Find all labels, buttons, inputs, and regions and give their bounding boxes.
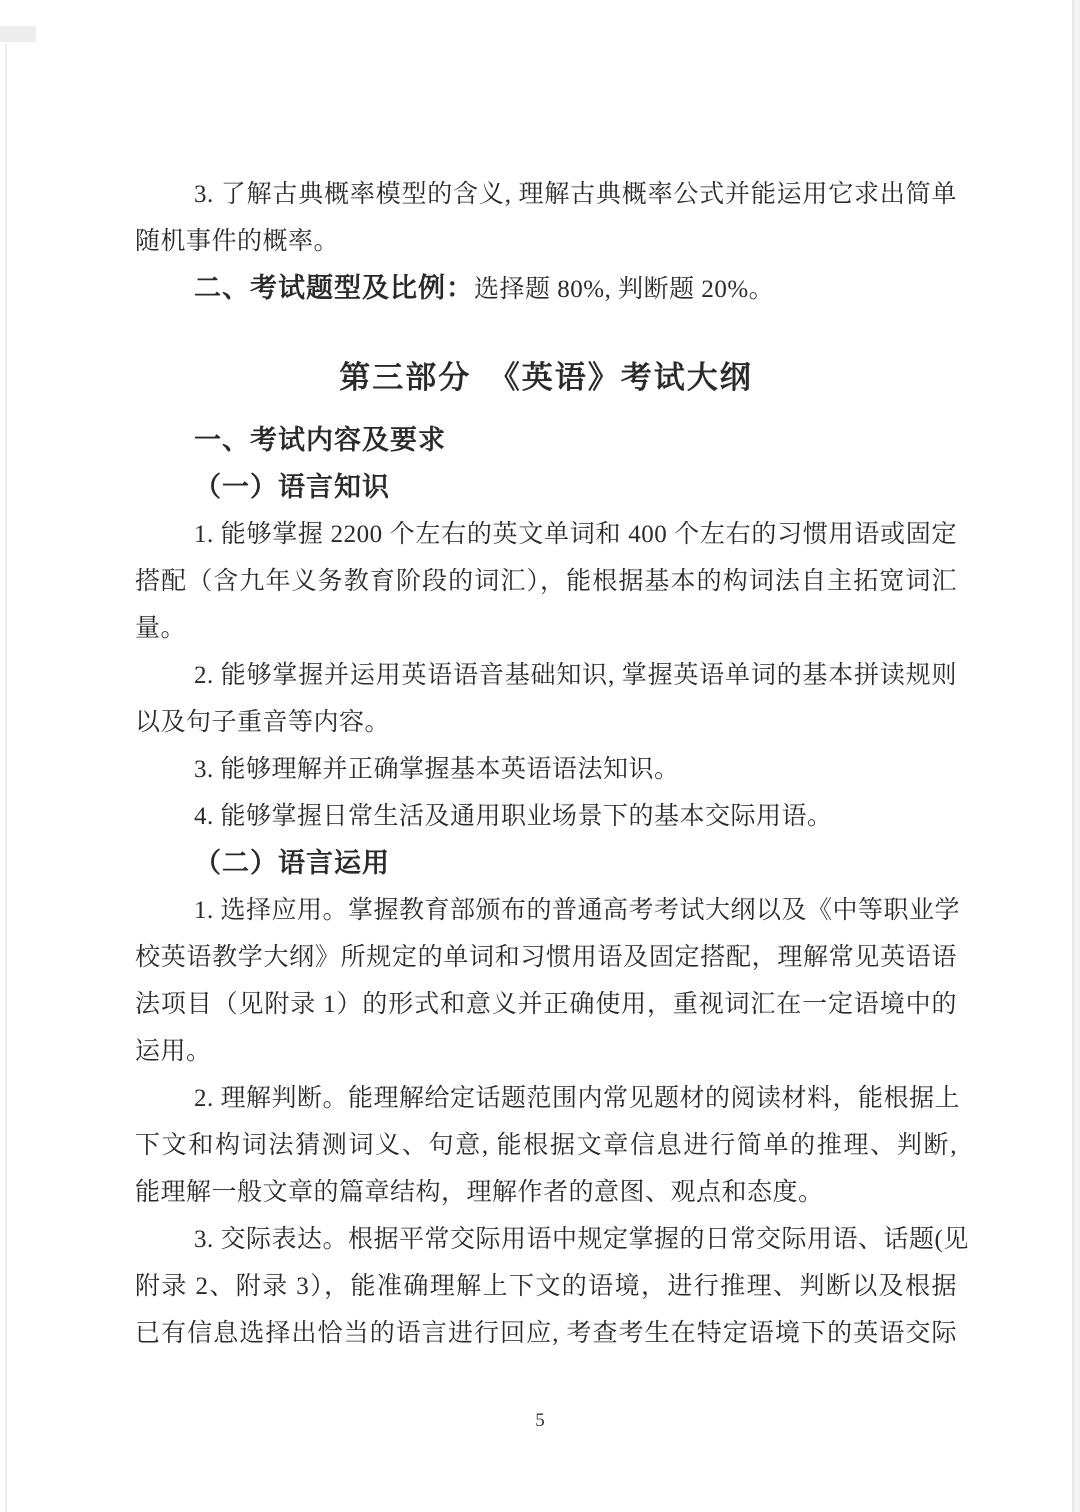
section-heading: （一）语言知识 (135, 464, 957, 511)
text-line: 法项目（见附录 1）的形式和意义并正确使用，重视词汇在一定语境中的 (135, 981, 957, 1028)
text-line: 下文和构词法猜测词义、句意, 能根据文章信息进行简单的推理、判断, (135, 1122, 957, 1169)
text-line: 随机事件的概率。 (135, 218, 957, 265)
document-body: 3. 了解古典概率模型的含义, 理解古典概率公式并能运用它求出简单随机事件的概率… (135, 171, 957, 1357)
text-line: 3. 了解古典概率模型的含义, 理解古典概率公式并能运用它求出简单 (135, 171, 957, 218)
document-page: 3. 了解古典概率模型的含义, 理解古典概率公式并能运用它求出简单随机事件的概率… (0, 0, 1080, 1512)
text-line: 1. 能够掌握 2200 个左右的英文单词和 400 个左右的习惯用语或固定 (135, 511, 957, 558)
paragraph: 1. 能够掌握 2200 个左右的英文单词和 400 个左右的习惯用语或固定搭配… (135, 511, 957, 652)
inline-heading-line: 二、考试题型及比例：选择题 80%, 判断题 20%。 (135, 265, 957, 316)
paragraph: 2. 能够掌握并运用英语语音基础知识, 掌握英语单词的基本拼读规则以及句子重音等… (135, 652, 957, 746)
scan-edge-left (5, 44, 7, 1512)
paragraph: 2. 理解判断。能理解给定话题范围内常见题材的阅读材料，能根据上下文和构词法猜测… (135, 1075, 957, 1216)
paragraph: 3. 交际表达。根据平常交际用语中规定掌握的日常交际用语、话题(见附录 2、附录… (135, 1216, 957, 1357)
paragraph: 4. 能够掌握日常生活及通用职业场景下的基本交际用语。 (135, 793, 957, 840)
section-heading: 一、考试内容及要求 (135, 417, 957, 464)
text-line: 2. 理解判断。能理解给定话题范围内常见题材的阅读材料，能根据上 (135, 1075, 957, 1122)
text-line: 量。 (135, 605, 957, 652)
text-line: 运用。 (135, 1028, 957, 1075)
text-line: 附录 2、附录 3），能准确理解上下文的语境，进行推理、判断以及根据 (135, 1263, 957, 1310)
paragraph: 3. 了解古典概率模型的含义, 理解古典概率公式并能运用它求出简单随机事件的概率… (135, 171, 957, 265)
inline-heading-bold: 二、考试题型及比例： (194, 273, 474, 303)
text-line: 以及句子重音等内容。 (135, 699, 957, 746)
text-line: 已有信息选择出恰当的语言进行回应, 考查考生在特定语境下的英语交际 (135, 1310, 957, 1357)
text-line: 2. 能够掌握并运用英语语音基础知识, 掌握英语单词的基本拼读规则 (135, 652, 957, 699)
text-line: 4. 能够掌握日常生活及通用职业场景下的基本交际用语。 (135, 793, 957, 840)
text-line: 1. 选择应用。掌握教育部颁布的普通高考考试大纲以及《中等职业学 (135, 887, 957, 934)
scan-edge-right-line (1072, 0, 1074, 1512)
page-footer: 5 (0, 1410, 1080, 1432)
paragraph: 3. 能够理解并正确掌握基本英语语法知识。 (135, 746, 957, 793)
text-line: 能理解一般文章的篇章结构，理解作者的意图、观点和态度。 (135, 1169, 957, 1216)
section-heading: （二）语言运用 (135, 840, 957, 887)
page-number: 5 (535, 1410, 545, 1431)
text-line: 3. 交际表达。根据平常交际用语中规定掌握的日常交际用语、话题(见 (135, 1216, 957, 1263)
part-title: 第三部分 《英语》考试大纲 (135, 350, 957, 406)
scan-edge-right (1074, 0, 1080, 1512)
text-line: 3. 能够理解并正确掌握基本英语语法知识。 (135, 746, 957, 793)
text-line: 校英语教学大纲》所规定的单词和习惯用语及固定搭配，理解常见英语语 (135, 934, 957, 981)
paragraph: 1. 选择应用。掌握教育部颁布的普通高考考试大纲以及《中等职业学校英语教学大纲》… (135, 887, 957, 1075)
inline-heading-text: 选择题 80%, 判断题 20%。 (474, 276, 774, 303)
text-line: 搭配（含九年义务教育阶段的词汇），能根据基本的构词法自主拓宽词汇 (135, 558, 957, 605)
scan-edge-notch (0, 26, 36, 42)
